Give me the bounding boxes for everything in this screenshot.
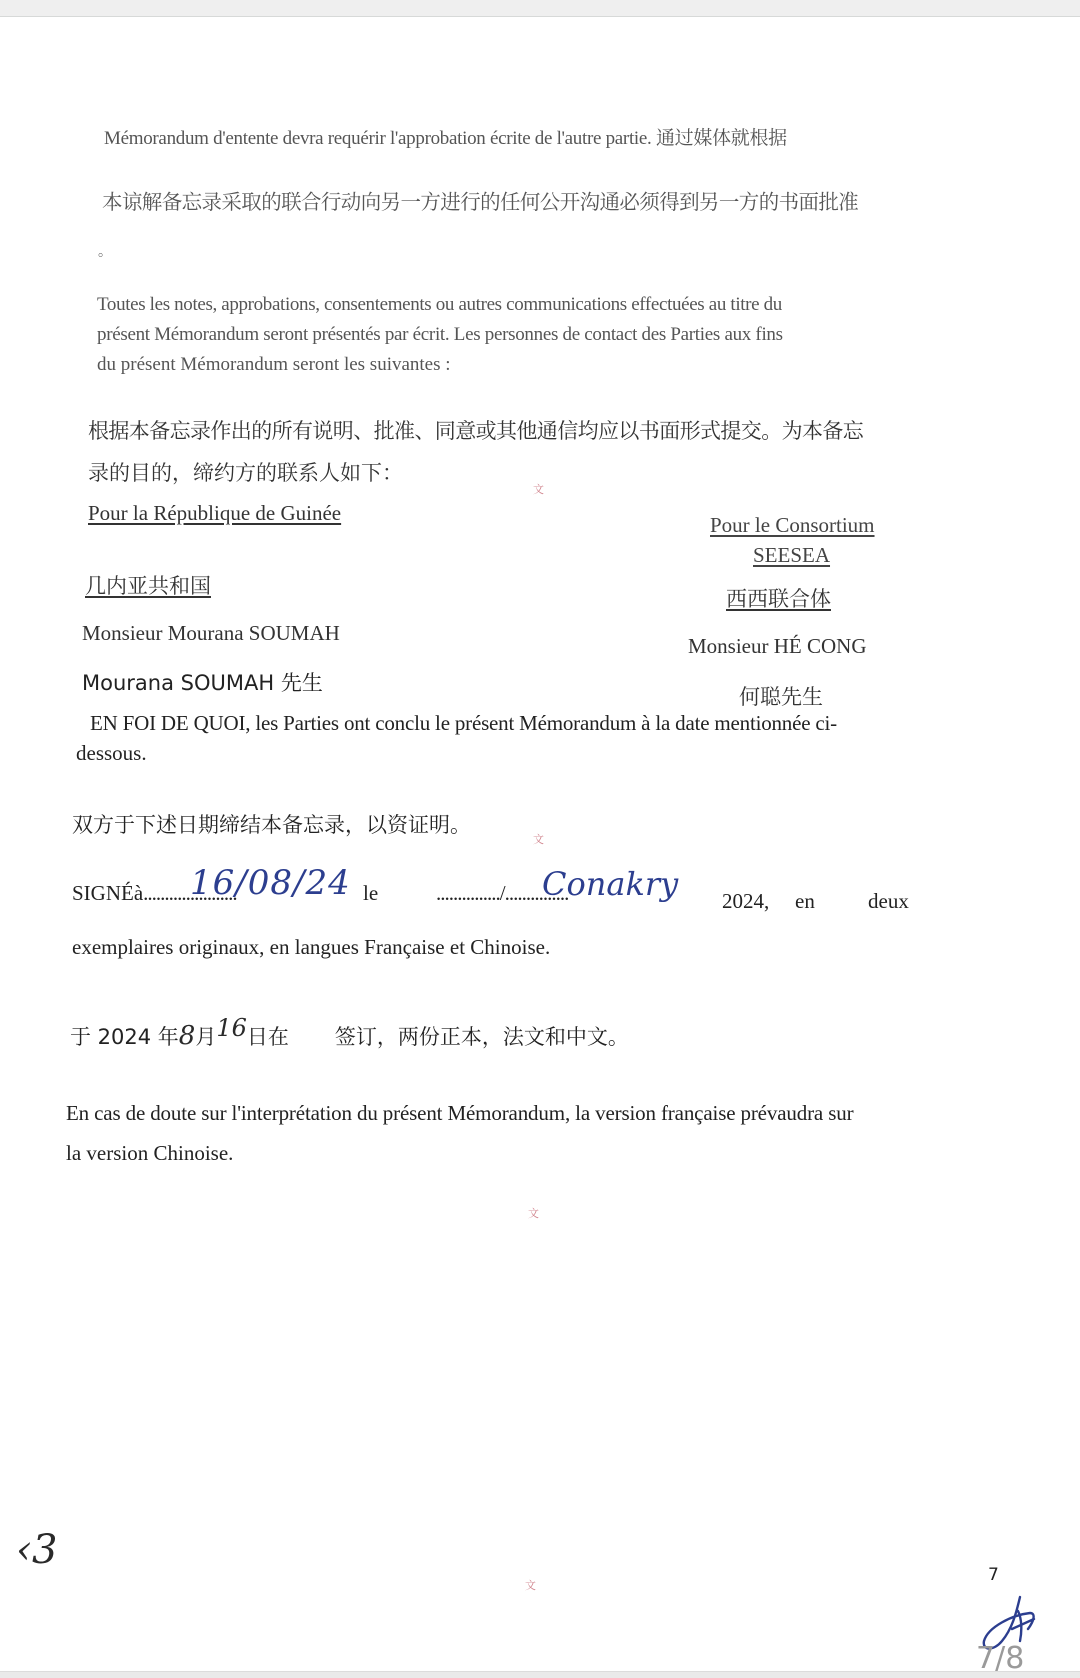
para2-fr-line3: du présent Mémorandum seront les suivant… xyxy=(97,354,451,376)
witness-fr-line2: dessous. xyxy=(76,741,147,766)
contact-right-name-fr: Monsieur HÉ CONG xyxy=(688,634,867,659)
handwritten-page-mark: ‹3 xyxy=(16,1527,57,1573)
signed-year: 2024, xyxy=(722,889,769,914)
initial-stamp-2: 文 xyxy=(528,1205,539,1221)
signed-en: en xyxy=(795,889,815,914)
para2-zh-line1: 根据本备忘录作出的所有说明、批准、同意或其他通信均应以书面形式提交。为本备忘 xyxy=(88,415,863,445)
handwritten-month: 8 xyxy=(179,1021,196,1051)
signed-line: SIGNÉà......................16/08/24 le … xyxy=(72,881,237,906)
para2-fr-line2: présent Mémorandum seront présentés par … xyxy=(97,324,783,346)
para2-zh-line2: 录的目的，缔约方的联系人如下： xyxy=(88,457,403,487)
contact-right-name-zh: 何聪先生 xyxy=(739,681,823,711)
precedence-line1: En cas de doute sur l'interprétation du … xyxy=(66,1101,853,1126)
viewer-bottom-bar xyxy=(0,1671,1080,1678)
para1-fr-line1: Mémorandum d'entente devra requérir l'ap… xyxy=(104,123,787,150)
signed-zh-line: 于 2024 年8月16日在签订，两份正本，法文和中文。 xyxy=(70,1021,629,1051)
signed-le: le xyxy=(363,881,378,906)
initial-stamp-0: 文 xyxy=(533,481,544,497)
page-number: 7 xyxy=(988,1565,999,1585)
viewer-top-bar xyxy=(0,0,1080,17)
handwritten-day: 16 xyxy=(216,1014,247,1042)
contact-right-heading-fr-2: SEESEA xyxy=(753,543,830,568)
handwritten-place: Conakry xyxy=(542,865,678,903)
initial-stamp-3: 文 xyxy=(525,1577,536,1593)
signed-deux: deux xyxy=(868,889,909,914)
witness-zh: 双方于下述日期缔结本备忘录，以资证明。 xyxy=(72,809,471,839)
precedence-line2: la version Chinoise. xyxy=(66,1141,233,1166)
witness-fr-line1: EN FOI DE QUOI, les Parties ont conclu l… xyxy=(90,711,837,736)
signed-line2: exemplaires originaux, en langues França… xyxy=(72,935,550,960)
para2-fr-line1: Toutes les notes, approbations, consente… xyxy=(97,294,782,316)
handwritten-date: 16/08/24 xyxy=(190,863,351,903)
contact-right-heading-fr-1: Pour le Consortium xyxy=(710,513,875,538)
document-page: Mémorandum d'entente devra requérir l'ap… xyxy=(0,17,1080,1672)
para1-zh-line2: 本谅解备忘录采取的联合行动向另一方进行的任何公开沟通必须得到另一方的书面批准 xyxy=(102,185,858,215)
signed-prefix: SIGNÉà xyxy=(72,881,143,905)
contact-left-heading-fr: Pour la République de Guinée xyxy=(88,501,341,526)
contact-right-heading-zh: 西西联合体 xyxy=(726,583,831,613)
initial-stamp-1: 文 xyxy=(533,831,544,847)
contact-left-name-zh: Mourana SOUMAH 先生 xyxy=(82,667,323,697)
contact-left-heading-zh: 几内亚共和国 xyxy=(85,570,211,600)
contact-left-name-fr: Monsieur Mourana SOUMAH xyxy=(82,621,340,646)
para1-zh-line3: 。 xyxy=(98,241,112,261)
